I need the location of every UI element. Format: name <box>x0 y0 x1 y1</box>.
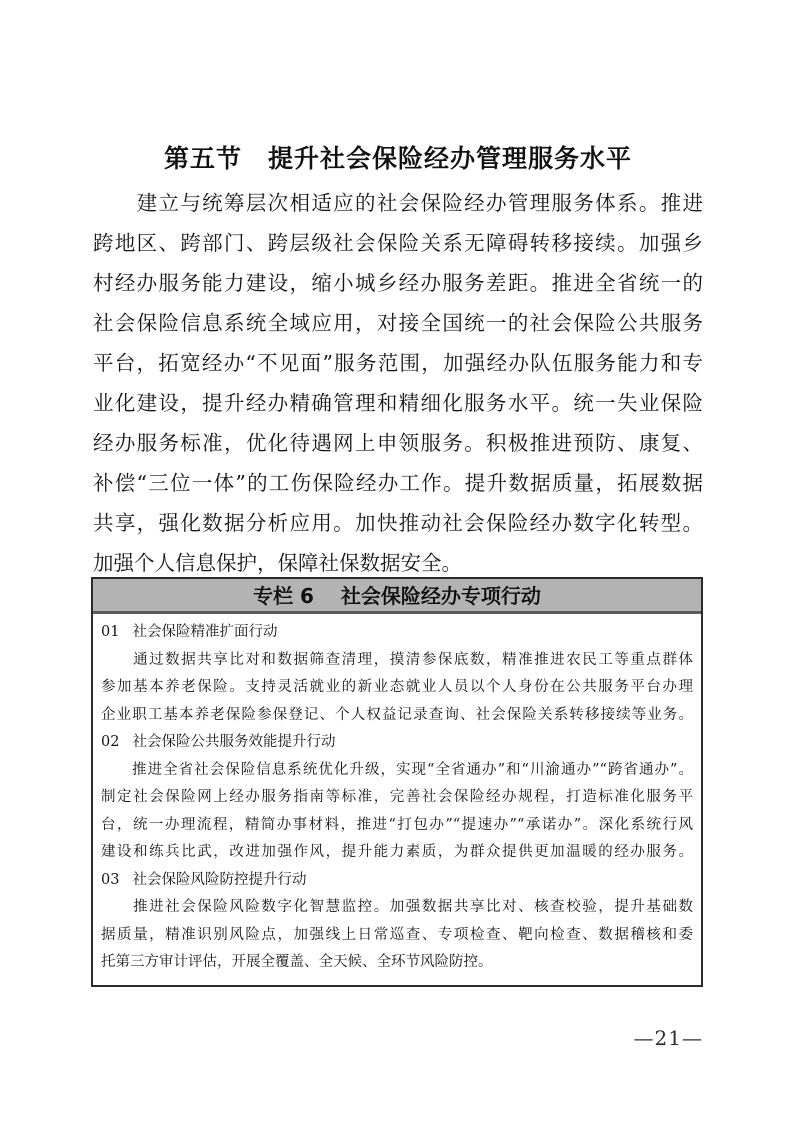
panel-item-line: 企业职工基本养老保险参保登记、个人权益记录查询、社会保险关系转移接续等业务。 <box>101 702 693 730</box>
section-title: 第五节 提升社会保险经办管理服务水平 <box>93 139 703 175</box>
body-line: 共享，强化数据分析应用。加快推动社会保险经办数字化转型。 <box>93 503 703 543</box>
body-line: 建立与统筹层次相适应的社会保险经办管理服务体系。推进 <box>93 183 703 223</box>
panel-item-line: 制定社会保险网上经办服务指南等标准，完善社会保险经办规程，打造标准化服务平 <box>101 784 693 812</box>
panel-item-heading-02: 02社会保险公共服务效能提升行动 <box>101 729 693 757</box>
panel-item-line: 参加基本养老保险。支持灵活就业的新业态就业人员以个人身份在公共服务平台办理 <box>101 674 693 702</box>
panel-title: 专栏 6 社会保险经办专项行动 <box>253 584 541 608</box>
panel-item-heading-03: 03社会保险风险防控提升行动 <box>101 867 693 895</box>
item-number: 01 <box>101 619 119 647</box>
item-number: 02 <box>101 729 119 757</box>
item-number: 03 <box>101 867 119 895</box>
body-line: 平台，拓宽经办“不见面”服务范围，加强经办队伍服务能力和专 <box>93 343 703 383</box>
body-paragraph: 建立与统筹层次相适应的社会保险经办管理服务体系。推进 跨地区、跨部门、跨层级社会… <box>93 183 703 583</box>
body-line: 村经办服务能力建设，缩小城乡经办服务差距。推进全省统一的 <box>93 263 703 303</box>
panel-item-line: 建设和练兵比武，改进加强作风，提升能力素质，为群众提供更加温暖的经办服务。 <box>101 839 693 867</box>
body-line: 经办服务标准，优化待遇网上申领服务。积极推进预防、康复、 <box>93 423 703 463</box>
item-title: 社会保险公共服务效能提升行动 <box>132 734 335 750</box>
panel-item-heading-01: 01社会保险精准扩面行动 <box>101 619 693 647</box>
panel-item-line: 托第三方审计评估，开展全覆盖、全天候、全环节风险防控。 <box>101 949 693 977</box>
panel-body: 01社会保险精准扩面行动 通过数据共享比对和数据筛查清理，摸清参保底数，精准推进… <box>93 614 701 985</box>
panel-item-line: 台，统一办理流程，精简办事材料，推进“打包办”“提速办”“承诺办”。深化系统行风 <box>101 812 693 840</box>
body-line: 业化建设，提升经办精确管理和精细化服务水平。统一失业保险 <box>93 383 703 423</box>
body-line: 社会保险信息系统全域应用，对接全国统一的社会保险公共服务 <box>93 303 703 343</box>
panel-item-line: 推进社会保险风险数字化智慧监控。加强数据共享比对、核查校验，提升基础数 <box>101 894 693 922</box>
document-page: 第五节 提升社会保险经办管理服务水平 建立与统筹层次相适应的社会保险经办管理服务… <box>0 0 793 1122</box>
panel-header: 专栏 6 社会保险经办专项行动 <box>93 579 701 614</box>
body-line: 补偿“三位一体”的工伤保险经办工作。提升数据质量，拓展数据 <box>93 463 703 503</box>
panel-item-line: 通过数据共享比对和数据筛查清理，摸清参保底数，精准推进农民工等重点群体 <box>101 647 693 675</box>
panel-item-line: 据质量，精准识别风险点，加强线上日常巡查、专项检查、靶向检查、数据稽核和委 <box>101 922 693 950</box>
page-number: —21— <box>93 1026 703 1050</box>
panel-item-line: 推进全省社会保险信息系统优化升级，实现“全省通办”和“川渝通办”“跨省通办”。 <box>101 757 693 785</box>
item-title: 社会保险风险防控提升行动 <box>132 872 306 888</box>
highlight-panel: 专栏 6 社会保险经办专项行动 01社会保险精准扩面行动 通过数据共享比对和数据… <box>91 577 703 987</box>
item-title: 社会保险精准扩面行动 <box>132 624 277 640</box>
body-line: 跨地区、跨部门、跨层级社会保险关系无障碍转移接续。加强乡 <box>93 223 703 263</box>
